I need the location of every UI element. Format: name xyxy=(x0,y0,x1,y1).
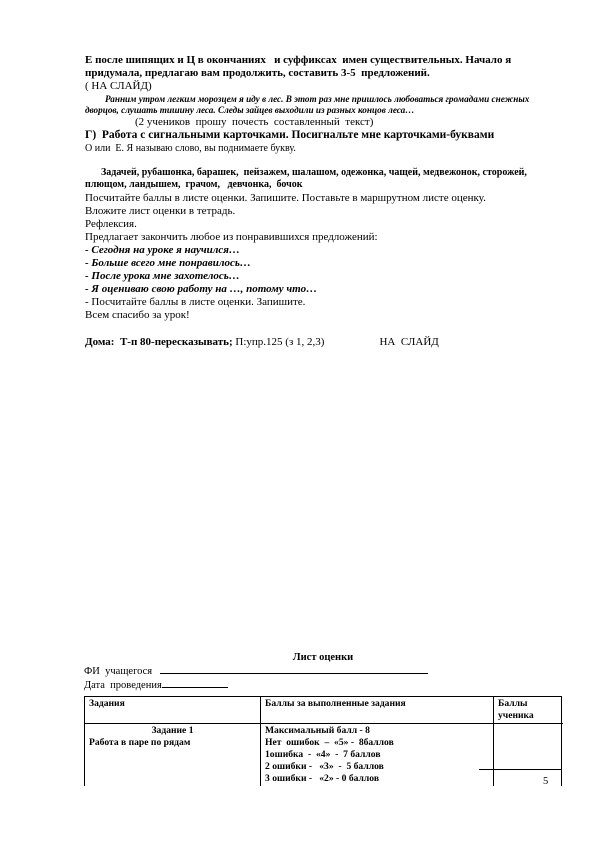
reflection-item: - Сегодня на уроке я научился… xyxy=(85,244,548,257)
reflection-item: - После урока мне захотелось… xyxy=(85,270,548,283)
student-name-line: ФИ учащегося xyxy=(84,664,562,678)
points-line: 2 ошибки - «3» - 5 баллов xyxy=(265,761,489,773)
date-line: Дата проведения xyxy=(84,678,562,692)
table-partial-bottom-border xyxy=(479,769,562,770)
score-sheet-block: Лист оценки ФИ учащегося Дата проведения… xyxy=(84,651,562,786)
table-cell-points-scheme: Максимальный балл - 8 Нет ошибок – «5» -… xyxy=(261,724,494,786)
date-blank-line xyxy=(162,678,228,688)
table-cell-student-points xyxy=(494,724,563,786)
points-line: Нет ошибок – «5» - 8баллов xyxy=(265,737,489,749)
table-header-student-points: Баллы ученика xyxy=(494,697,563,724)
points-line: Максимальный балл - 8 xyxy=(265,725,489,737)
document-page: Е после шипящих и Ц в окончаниях и суффи… xyxy=(0,0,595,842)
count-points-instruction-2: - Посчитайте баллы в листе оценки. Запиш… xyxy=(85,296,548,309)
paragraph-intro: Е после шипящих и Ц в окончаниях и суффи… xyxy=(85,54,548,80)
reflection-title: Рефлексия. xyxy=(85,218,548,231)
reflection-item: - Я оцениваю свою работу на …, потому чт… xyxy=(85,283,548,296)
reflection-item: - Больше всего мне понравилось… xyxy=(85,257,548,270)
score-sheet-title: Лист оценки xyxy=(84,651,562,664)
student-name-blank-line xyxy=(160,664,428,674)
points-line: 3 ошибки - «2» - 0 баллов xyxy=(265,773,489,785)
dictation-sample-text: Ранним утром легким морозцем я иду в лес… xyxy=(85,94,548,116)
points-line: 1ошибка - «4» - 7 баллов xyxy=(265,749,489,761)
insert-sheet-instruction: Вложите лист оценки в тетрадь. xyxy=(85,205,548,218)
dictation-word-list: Задачей, рубашонка, барашек, пейзажем, ш… xyxy=(85,167,548,192)
page-number: 5 xyxy=(543,776,548,787)
task-title: Задание 1 xyxy=(89,725,256,737)
homework-slide-note: НА СЛАЙД xyxy=(379,336,438,348)
students-read-note: (2 учеников прошу почесть составленный т… xyxy=(85,116,548,129)
homework-line: Дома: Т-п 80-пересказывать; П:упр.125 (з… xyxy=(85,336,548,349)
table-header-points: Баллы за выполненные задания xyxy=(261,697,494,724)
lesson-plan-text-block: Е после шипящих и Ц в окончаниях и суффи… xyxy=(85,54,548,349)
student-name-label: ФИ учащегося xyxy=(84,666,152,677)
o-or-e-instruction: О или Е. Я называю слово, вы поднимаете … xyxy=(85,142,548,155)
table-cell-task: Задание 1 Работа в паре по рядам xyxy=(85,724,261,786)
homework-exercise: П:упр.125 (з 1, 2,3) xyxy=(233,336,325,348)
date-label: Дата проведения xyxy=(84,680,162,691)
section-heading-signal-cards: Г) Работа с сигнальными карточками. Поси… xyxy=(85,129,548,142)
score-table: Задания Баллы за выполненные задания Бал… xyxy=(84,696,562,786)
reflection-intro: Предлагает закончить любое из понравивши… xyxy=(85,231,548,244)
count-points-instruction: Посчитайте баллы в листе оценки. Запишит… xyxy=(85,192,548,205)
thanks-line: Всем спасибо за урок! xyxy=(85,309,548,322)
task-description: Работа в паре по рядам xyxy=(89,737,256,749)
na-slide-note: ( НА СЛАЙД) xyxy=(85,80,548,93)
homework-label: Дома: Т-п 80-пересказывать; xyxy=(85,336,233,348)
table-header-tasks: Задания xyxy=(85,697,261,724)
